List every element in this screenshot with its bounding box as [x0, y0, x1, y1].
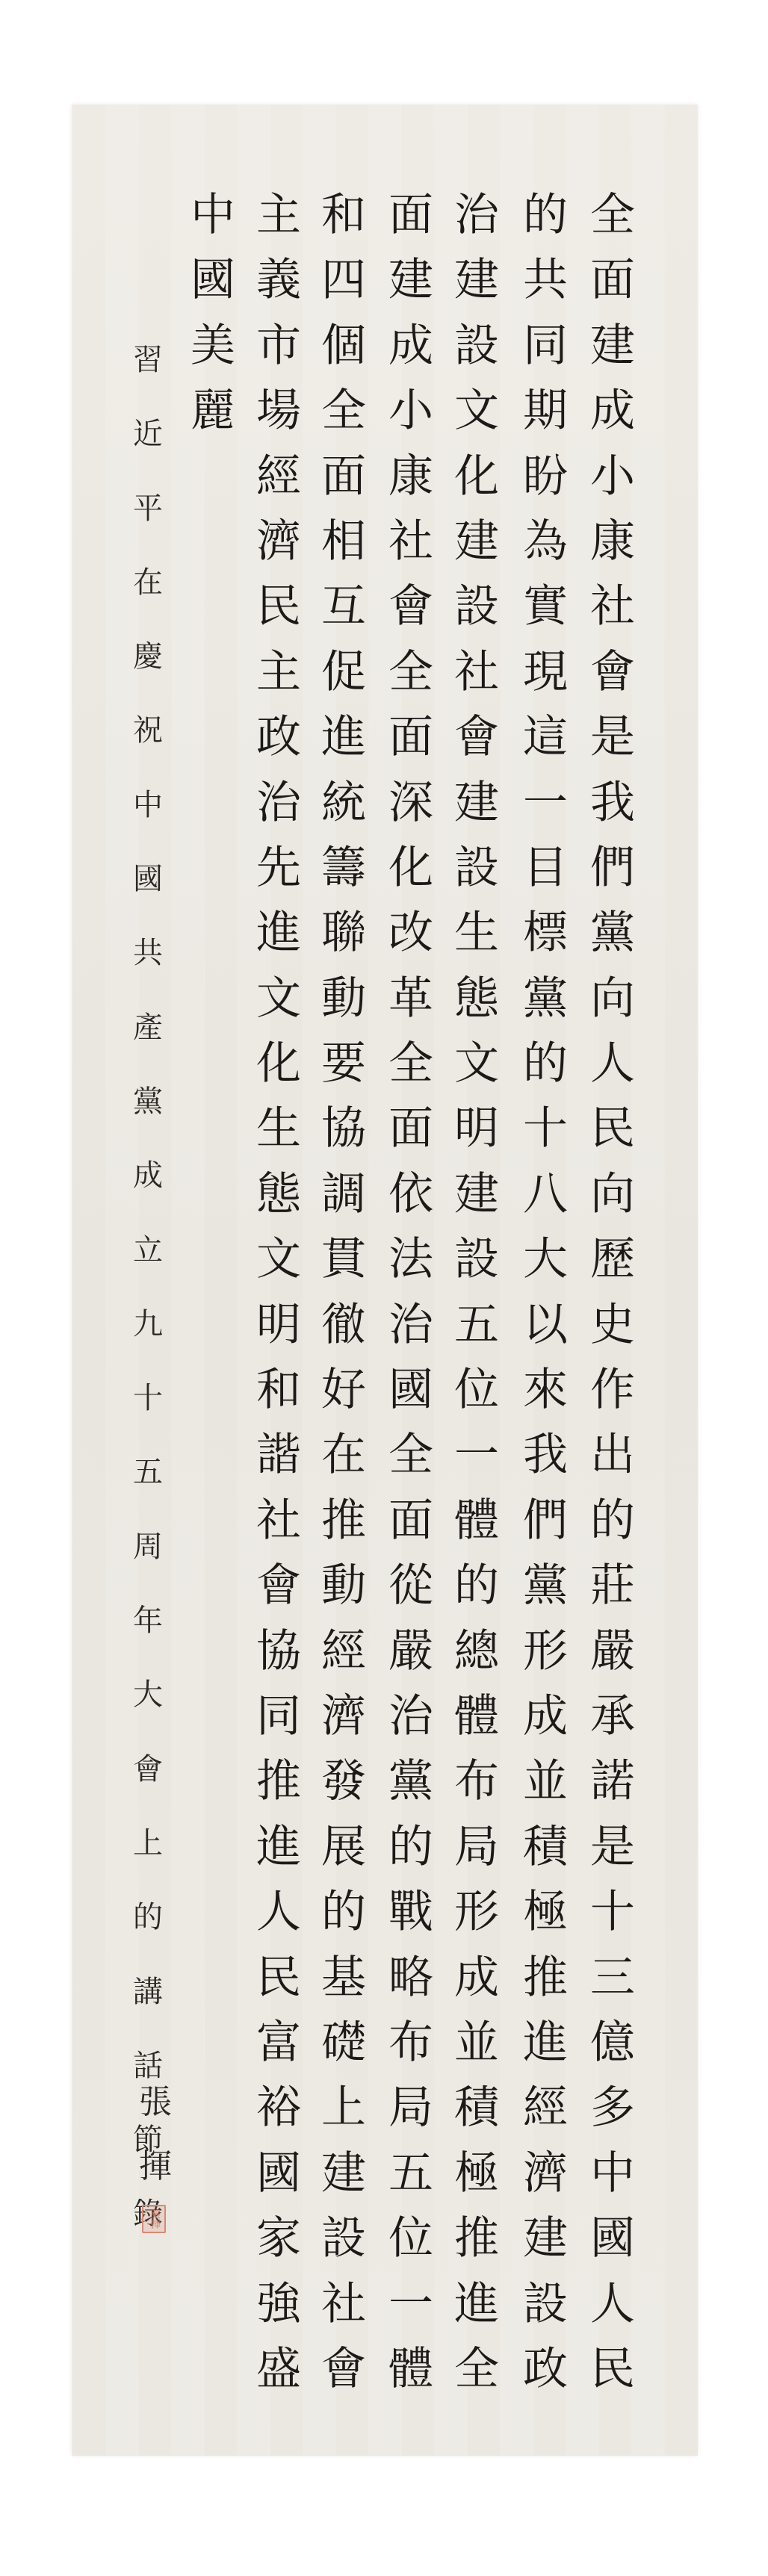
calligraphy-character: 會 [586, 640, 639, 705]
calligraphy-character: 相 [318, 509, 370, 574]
calligraphy-character: 進 [253, 901, 305, 966]
calligraphy-character: 會 [450, 705, 503, 770]
calligraphy-character: 黨 [385, 1749, 437, 1814]
calligraphy-character: 協 [253, 1619, 305, 1684]
calligraphy-character: 成 [385, 314, 437, 379]
calligraphy-character: 治 [385, 1684, 437, 1749]
inscription-character: 揮 [137, 2135, 174, 2199]
calligraphy-character: 依 [385, 1162, 437, 1227]
calligraphy-character: 進 [318, 705, 370, 770]
calligraphy-character: 生 [450, 901, 503, 966]
signature-column: 張揮 [133, 2070, 178, 2199]
calligraphy-character: 文 [253, 1227, 305, 1292]
calligraphy-character: 設 [519, 2272, 572, 2337]
calligraphy-character: 展 [318, 1815, 370, 1880]
calligraphy-character: 盛 [253, 2337, 305, 2402]
calligraphy-character: 文 [450, 1031, 503, 1096]
calligraphy-character: 籌 [318, 836, 370, 901]
calligraphy-character: 美 [187, 314, 239, 379]
calligraphy-character: 面 [385, 183, 437, 248]
calligraphy-character: 裕 [253, 2076, 305, 2141]
red-seal-stamp: 張揮 [142, 2205, 166, 2233]
calligraphy-character: 康 [586, 509, 639, 574]
calligraphy-character: 億 [586, 2011, 639, 2076]
calligraphy-character: 徹 [318, 1293, 370, 1358]
calligraphy-character: 經 [519, 2076, 572, 2141]
calligraphy-character: 人 [586, 1031, 639, 1096]
calligraphy-character: 同 [519, 314, 572, 379]
calligraphy-character: 改 [385, 901, 437, 966]
inscription-column: 習近平在慶祝中國共產黨成立九十五周年大會上的講話節錄 [126, 323, 170, 2252]
inscription-character: 黨 [129, 1065, 167, 1139]
calligraphy-character: 進 [253, 1815, 305, 1880]
calligraphy-character: 態 [253, 1162, 305, 1227]
inscription-character: 近 [129, 397, 167, 471]
calligraphy-character: 推 [318, 1489, 370, 1554]
calligraphy-character: 黨 [519, 966, 572, 1031]
calligraphy-character: 向 [586, 1162, 639, 1227]
calligraphy-character: 人 [586, 2272, 639, 2337]
calligraphy-character: 家 [253, 2206, 305, 2271]
calligraphy-character: 協 [318, 1096, 370, 1161]
calligraphy-character: 麗 [187, 379, 239, 444]
calligraphy-character: 出 [586, 1423, 639, 1488]
calligraphy-character: 礎 [318, 2011, 370, 2076]
calligraphy-character: 形 [519, 1619, 572, 1684]
calligraphy-character: 場 [253, 379, 305, 444]
calligraphy-character: 盼 [519, 444, 572, 509]
calligraphy-character: 主 [253, 640, 305, 705]
calligraphy-character: 化 [385, 836, 437, 901]
calligraphy-character: 承 [586, 1684, 639, 1749]
calligraphy-character: 的 [385, 1815, 437, 1880]
calligraphy-character: 建 [318, 2141, 370, 2206]
inscription-character: 成 [129, 1139, 167, 1213]
calligraphy-character: 全 [586, 183, 639, 248]
calligraphy-character: 同 [253, 1684, 305, 1749]
calligraphy-character: 深 [385, 771, 437, 836]
calligraphy-character: 積 [450, 2076, 503, 2141]
calligraphy-character: 康 [385, 444, 437, 509]
calligraphy-character: 基 [318, 1946, 370, 2011]
calligraphy-character: 多 [586, 2076, 639, 2141]
calligraphy-character: 民 [253, 1946, 305, 2011]
calligraphy-character: 文 [450, 379, 503, 444]
calligraphy-character: 治 [450, 183, 503, 248]
calligraphy-character: 建 [385, 248, 437, 313]
calligraphy-character: 一 [385, 2272, 437, 2337]
inscription-character: 慶 [129, 620, 167, 694]
calligraphy-character: 莊 [586, 1554, 639, 1618]
calligraphy-character: 極 [450, 2141, 503, 2206]
calligraphy-character: 民 [586, 2337, 639, 2402]
calligraphy-character: 史 [586, 1293, 639, 1358]
calligraphy-character: 強 [253, 2272, 305, 2337]
inscription-character: 會 [129, 1733, 167, 1807]
calligraphy-character: 的 [586, 1489, 639, 1554]
calligraphy-character: 推 [519, 1946, 572, 2011]
calligraphy-character: 全 [450, 2337, 503, 2402]
inscription-character: 周 [129, 1510, 167, 1584]
calligraphy-character: 動 [318, 1554, 370, 1618]
calligraphy-character: 諾 [586, 1749, 639, 1814]
calligraphy-character: 推 [253, 1749, 305, 1814]
inscription-character: 立 [129, 1214, 167, 1288]
calligraphy-character: 的 [519, 183, 572, 248]
calligraphy-character: 設 [318, 2206, 370, 2271]
calligraphy-character: 民 [253, 574, 305, 639]
text-column-7: 中國美麗 [183, 183, 243, 444]
calligraphy-character: 革 [385, 966, 437, 1031]
calligraphy-character: 法 [385, 1227, 437, 1292]
calligraphy-character: 建 [586, 314, 639, 379]
calligraphy-character: 治 [385, 1293, 437, 1358]
calligraphy-character: 社 [253, 1489, 305, 1554]
calligraphy-character: 局 [385, 2076, 437, 2141]
calligraphy-character: 發 [318, 1749, 370, 1814]
calligraphy-character: 和 [253, 1358, 305, 1423]
inscription-character: 五 [129, 1436, 167, 1509]
calligraphy-character: 個 [318, 314, 370, 379]
calligraphy-character: 生 [253, 1096, 305, 1161]
calligraphy-character: 互 [318, 574, 370, 639]
calligraphy-character: 黨 [586, 901, 639, 966]
calligraphy-character: 成 [519, 1684, 572, 1749]
calligraphy-character: 實 [519, 574, 572, 639]
calligraphy-character: 化 [253, 1031, 305, 1096]
inscription-character: 九 [129, 1288, 167, 1362]
calligraphy-character: 五 [385, 2141, 437, 2206]
calligraphy-character: 國 [187, 248, 239, 313]
calligraphy-character: 位 [385, 2206, 437, 2271]
calligraphy-character: 歷 [586, 1227, 639, 1292]
calligraphy-character: 位 [450, 1358, 503, 1423]
calligraphy-character: 十 [586, 1880, 639, 1945]
calligraphy-character: 主 [253, 183, 305, 248]
calligraphy-character: 四 [318, 248, 370, 313]
calligraphy-character: 戰 [385, 1880, 437, 1945]
inscription-character: 中 [129, 769, 167, 842]
text-column-4: 面建成小康社會全面深化改革全面依法治國全面從嚴治黨的戰略布局五位一體 [381, 183, 441, 2402]
calligraphy-character: 十 [519, 1096, 572, 1161]
calligraphy-character: 面 [385, 1096, 437, 1161]
calligraphy-character: 積 [519, 1815, 572, 1880]
calligraphy-character: 先 [253, 836, 305, 901]
calligraphy-character: 會 [318, 2337, 370, 2402]
calligraphy-character: 布 [450, 1749, 503, 1814]
calligraphy-character: 建 [450, 1162, 503, 1227]
inscription-character: 國 [129, 842, 167, 916]
calligraphy-character: 全 [385, 1031, 437, 1096]
inscription-character: 張 [137, 2070, 174, 2135]
text-column-6: 主義市場經濟民主政治先進文化生態文明和諧社會協同推進人民富裕國家強盛 [249, 183, 309, 2402]
calligraphy-character: 五 [450, 1293, 503, 1358]
calligraphy-character: 化 [450, 444, 503, 509]
calligraphy-character: 面 [385, 705, 437, 770]
calligraphy-character: 以 [519, 1293, 572, 1358]
inscription-character: 大 [129, 1658, 167, 1732]
calligraphy-character: 面 [318, 444, 370, 509]
calligraphy-character: 國 [253, 2141, 305, 2206]
calligraphy-character: 會 [253, 1554, 305, 1618]
calligraphy-character: 小 [586, 444, 639, 509]
calligraphy-character: 中 [586, 2141, 639, 2206]
calligraphy-character: 一 [519, 771, 572, 836]
calligraphy-character: 總 [450, 1619, 503, 1684]
calligraphy-character: 在 [318, 1423, 370, 1488]
calligraphy-character: 明 [450, 1096, 503, 1161]
calligraphy-character: 好 [318, 1358, 370, 1423]
calligraphy-character: 社 [586, 574, 639, 639]
calligraphy-character: 從 [385, 1554, 437, 1618]
calligraphy-character: 設 [450, 836, 503, 901]
calligraphy-character: 建 [519, 2206, 572, 2271]
inscription-character: 習 [129, 323, 167, 397]
calligraphy-character: 作 [586, 1358, 639, 1423]
calligraphy-character: 體 [385, 2337, 437, 2402]
calligraphy-character: 一 [450, 1423, 503, 1488]
calligraphy-character: 嚴 [385, 1619, 437, 1684]
calligraphy-character: 治 [253, 771, 305, 836]
calligraphy-character: 推 [450, 2206, 503, 2271]
inscription-character: 十 [129, 1362, 167, 1436]
calligraphy-character: 目 [519, 836, 572, 901]
calligraphy-character: 設 [450, 314, 503, 379]
calligraphy-character: 動 [318, 966, 370, 1031]
calligraphy-character: 和 [318, 183, 370, 248]
calligraphy-character: 政 [519, 2337, 572, 2402]
calligraphy-character: 並 [519, 1749, 572, 1814]
calligraphy-character: 面 [385, 1489, 437, 1554]
calligraphy-character: 嚴 [586, 1619, 639, 1684]
calligraphy-character: 經 [253, 444, 305, 509]
text-column-2: 的共同期盼為實現這一目標黨的十八大以來我們黨形成並積極推進經濟建設政 [515, 183, 575, 2402]
calligraphy-character: 局 [450, 1815, 503, 1880]
calligraphy-character: 社 [385, 509, 437, 574]
inscription-character: 講 [129, 1955, 167, 2029]
calligraphy-character: 態 [450, 966, 503, 1031]
calligraphy-character: 們 [586, 836, 639, 901]
inscription-character: 產 [129, 991, 167, 1065]
calligraphy-character: 成 [450, 1946, 503, 2011]
calligraphy-character: 我 [586, 771, 639, 836]
calligraphy-character: 人 [253, 1880, 305, 1945]
calligraphy-character: 們 [519, 1489, 572, 1554]
calligraphy-character: 期 [519, 379, 572, 444]
inscription-character: 共 [129, 916, 167, 990]
calligraphy-character: 並 [450, 2011, 503, 2076]
calligraphy-character: 黨 [519, 1554, 572, 1618]
calligraphy-character: 向 [586, 966, 639, 1031]
calligraphy-character: 來 [519, 1358, 572, 1423]
calligraphy-character: 社 [318, 2272, 370, 2337]
calligraphy-character: 的 [450, 1554, 503, 1618]
calligraphy-character: 調 [318, 1162, 370, 1227]
calligraphy-character: 共 [519, 248, 572, 313]
calligraphy-character: 現 [519, 640, 572, 705]
calligraphy-character: 國 [385, 1358, 437, 1423]
inscription-character: 平 [129, 472, 167, 546]
inscription-character: 的 [129, 1881, 167, 1955]
calligraphy-character: 民 [586, 1096, 639, 1161]
calligraphy-character: 布 [385, 2011, 437, 2076]
calligraphy-character: 市 [253, 314, 305, 379]
calligraphy-character: 進 [519, 2011, 572, 2076]
text-column-3: 治建設文化建設社會建設生態文明建設五位一體的總體布局形成並積極推進全 [447, 183, 507, 2402]
calligraphy-character: 國 [586, 2206, 639, 2271]
calligraphy-character: 的 [519, 1031, 572, 1096]
calligraphy-character: 標 [519, 901, 572, 966]
calligraphy-character: 統 [318, 771, 370, 836]
calligraphy-character: 成 [586, 379, 639, 444]
calligraphy-character: 要 [318, 1031, 370, 1096]
text-column-1: 全面建成小康社會是我們黨向人民向歷史作出的莊嚴承諾是十三億多中國人民 [583, 183, 642, 2402]
calligraphy-character: 形 [450, 1880, 503, 1945]
calligraphy-character: 全 [318, 379, 370, 444]
calligraphy-character: 三 [586, 1946, 639, 2011]
inscription-character: 在 [129, 546, 167, 620]
calligraphy-character: 貫 [318, 1227, 370, 1292]
calligraphy-character: 的 [318, 1880, 370, 1945]
calligraphy-character: 這 [519, 705, 572, 770]
inscription-character: 年 [129, 1584, 167, 1658]
calligraphy-character: 文 [253, 966, 305, 1031]
calligraphy-character: 富 [253, 2011, 305, 2076]
calligraphy-character: 促 [318, 640, 370, 705]
calligraphy-character: 設 [450, 574, 503, 639]
text-column-5: 和四個全面相互促進統籌聯動要協調貫徹好在推動經濟發展的基礎上建設社會 [314, 183, 374, 2402]
calligraphy-character: 體 [450, 1684, 503, 1749]
calligraphy-character: 聯 [318, 901, 370, 966]
calligraphy-character: 設 [450, 1227, 503, 1292]
calligraphy-character: 政 [253, 705, 305, 770]
calligraphy-character: 經 [318, 1619, 370, 1684]
calligraphy-character: 全 [385, 1423, 437, 1488]
calligraphy-character: 濟 [318, 1684, 370, 1749]
calligraphy-character: 體 [450, 1489, 503, 1554]
calligraphy-character: 小 [385, 379, 437, 444]
calligraphy-character: 八 [519, 1162, 572, 1227]
calligraphy-character: 是 [586, 1815, 639, 1880]
calligraphy-character: 大 [519, 1227, 572, 1292]
calligraphy-character: 濟 [519, 2141, 572, 2206]
inscription-character: 上 [129, 1807, 167, 1881]
calligraphy-character: 是 [586, 705, 639, 770]
calligraphy-character: 明 [253, 1293, 305, 1358]
calligraphy-character: 濟 [253, 509, 305, 574]
calligraphy-character: 進 [450, 2272, 503, 2337]
calligraphy-character: 中 [187, 183, 239, 248]
calligraphy-character: 面 [586, 248, 639, 313]
calligraphy-character: 建 [450, 509, 503, 574]
calligraphy-character: 社 [450, 640, 503, 705]
calligraphy-character: 上 [318, 2076, 370, 2141]
calligraphy-character: 我 [519, 1423, 572, 1488]
calligraphy-character: 建 [450, 248, 503, 313]
calligraphy-character: 義 [253, 248, 305, 313]
calligraphy-character: 為 [519, 509, 572, 574]
calligraphy-character: 全 [385, 640, 437, 705]
calligraphy-character: 建 [450, 771, 503, 836]
inscription-character: 祝 [129, 694, 167, 768]
calligraphy-character: 極 [519, 1880, 572, 1945]
calligraphy-character: 諧 [253, 1423, 305, 1488]
calligraphy-character: 略 [385, 1946, 437, 2011]
calligraphy-character: 會 [385, 574, 437, 639]
